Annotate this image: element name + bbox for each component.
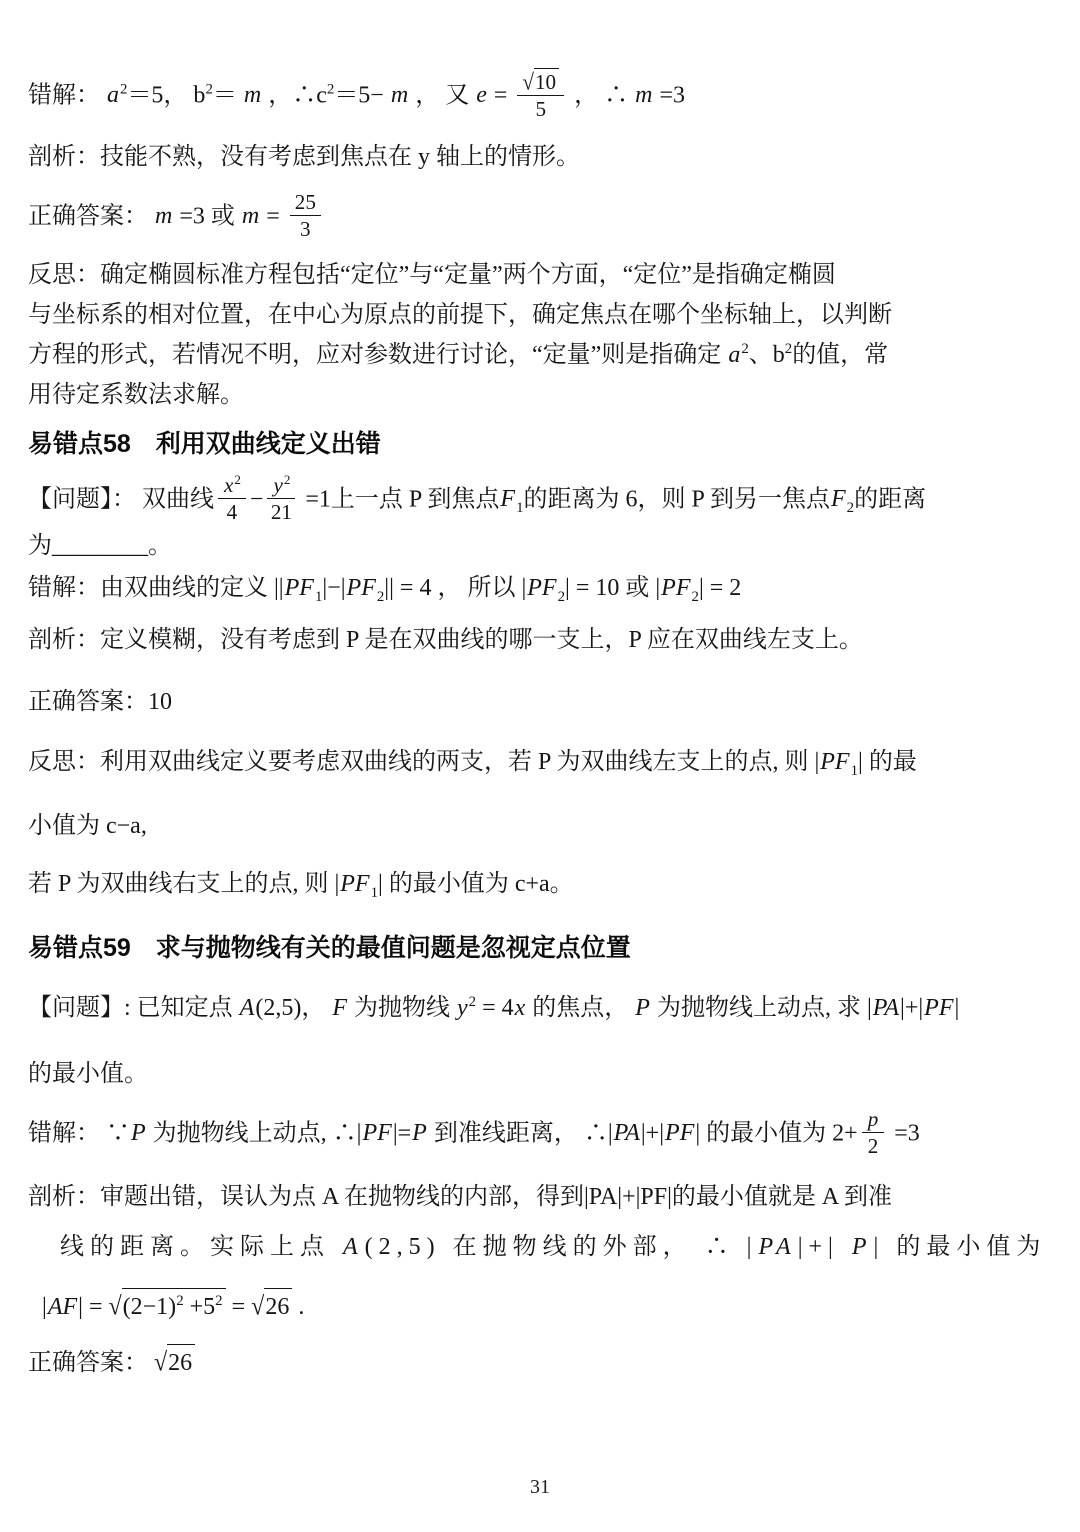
subscript: 2: [558, 588, 565, 604]
problem-58-line2: 为________。: [28, 529, 1050, 563]
fraction: 253: [290, 190, 321, 242]
reflection-58-line3: 若 P 为双曲线右支上的点, 则 |PF1| 的最小值为 c+a。: [28, 867, 1050, 901]
math-variable: A: [342, 1234, 365, 1260]
document-page: 错解： a2＝5， b2＝ m ，∴c2＝5− m ， 又 e = √105 ，…: [0, 0, 1080, 1532]
math-variable: PF: [923, 995, 954, 1021]
math-variable: PA: [872, 995, 900, 1021]
reflection-57-line2: 与坐标系的相对位置，在中心为原点的前提下，确定焦点在哪个坐标轴上，以判断: [28, 295, 1050, 335]
subscript: 1: [851, 762, 858, 778]
math-variable: P: [411, 1120, 428, 1146]
superscript: 2: [120, 81, 127, 97]
math-variable: F: [499, 486, 516, 512]
math-variable: e: [475, 82, 488, 108]
math-variable: PA: [613, 1120, 641, 1146]
math-variable: y: [456, 995, 469, 1021]
correct-answer-57: 正确答案： m =3 或 m = 253: [28, 192, 1050, 244]
superscript: 2: [215, 1293, 222, 1309]
problem-59-line2: 的最小值。: [28, 1057, 1050, 1091]
superscript: 2: [176, 1293, 183, 1309]
superscript: 2: [284, 472, 291, 487]
math-variable: AF: [47, 1294, 78, 1320]
math-variable: PA: [757, 1234, 797, 1260]
reflection-57: 反思：确定椭圆标准方程包括“定位”与“定量”两个方面，“定位”是指确定椭圆 与坐…: [28, 255, 1050, 415]
math-variable: PF: [339, 871, 370, 897]
fraction: √105: [517, 68, 564, 122]
math-variable: PF: [361, 1120, 392, 1146]
reflection-57-line4: 用待定系数法求解。: [28, 375, 1050, 415]
math-variable: a: [106, 82, 120, 108]
correct-answer-58: 正确答案：10: [28, 685, 1050, 719]
superscript: 2: [234, 472, 241, 487]
math-variable: m: [243, 82, 262, 108]
analysis-59-line2: 线的距离。实际上点 A(2,5) 在抛物线的外部， ∴ |PA|+| P| 的最…: [28, 1230, 1050, 1264]
math-variable: PF: [660, 575, 691, 601]
math-variable: PF: [819, 749, 850, 775]
math-variable: x: [514, 995, 527, 1021]
wrong-solution-57: 错解： a2＝5， b2＝ m ，∴c2＝5− m ， 又 e = √105 ，…: [28, 70, 1050, 124]
formula-af: |AF| = √(2−1)2 +52 = √26 .: [28, 1288, 1050, 1324]
problem-59-line1: 【问题】: 已知定点 A(2,5)， F 为抛物线 y2 = 4x 的焦点， P…: [28, 991, 1050, 1025]
reflection-57-line1: 反思：确定椭圆标准方程包括“定位”与“定量”两个方面，“定位”是指确定椭圆: [28, 255, 1050, 295]
math-variable: F: [830, 486, 847, 512]
analysis-58: 剖析：定义模糊，没有考虑到 P 是在双曲线的哪一支上，P 应在双曲线左支上。: [28, 623, 1050, 657]
problem-58-line1: 【问题】： 双曲线x24−y221 =1上一点 P 到焦点F1的距离为 6，则 …: [28, 475, 1050, 527]
subscript: 1: [315, 588, 322, 604]
superscript: 2: [205, 81, 212, 97]
math-variable: P: [851, 1234, 874, 1260]
analysis-59-line1: 剖析：审题出错，误认为点 A 在抛物线的内部，得到|PA|+|PF|的最小值就是…: [28, 1180, 1050, 1214]
math-variable: F: [331, 995, 348, 1021]
correct-answer-59: 正确答案： √26: [28, 1344, 1050, 1380]
math-variable: m: [390, 82, 409, 108]
math-variable: a: [727, 342, 741, 368]
radical: √10: [522, 68, 559, 94]
math-variable: PF: [346, 575, 377, 601]
page-number: 31: [0, 1476, 1080, 1499]
superscript: 2: [785, 341, 792, 357]
radical: √26: [154, 1344, 195, 1380]
subscript: 2: [692, 588, 699, 604]
superscript: 2: [741, 341, 748, 357]
subscript: 2: [847, 500, 854, 516]
fraction: p2: [862, 1107, 885, 1159]
math-variable: P: [130, 1120, 147, 1146]
superscript: 2: [327, 81, 334, 97]
heading-59: 易错点59 求与抛物线有关的最值问题是忽视定点位置: [28, 931, 1050, 965]
radical: √26: [251, 1288, 292, 1324]
radical: √(2−1)2 +52: [108, 1288, 225, 1324]
superscript: 2: [469, 994, 476, 1010]
analysis-57: 剖析：技能不熟，没有考虑到焦点在 y 轴上的情形。: [28, 140, 1050, 174]
fraction: x24: [218, 473, 246, 525]
math-variable: P: [634, 995, 651, 1021]
subscript: 2: [377, 588, 384, 604]
wrong-solution-59: 错解： ∵P 为抛物线上动点, ∴|PF|=P 到准线距离， ∴|PA|+|PF…: [28, 1109, 1050, 1161]
math-variable: PF: [284, 575, 315, 601]
subscript: 1: [371, 884, 378, 900]
reflection-58-line2: 小值为 c−a,: [28, 809, 1050, 843]
heading-58: 易错点58 利用双曲线定义出错: [28, 427, 1050, 461]
wrong-solution-58: 错解：由双曲线的定义 ||PF1|−|PF2|| = 4 ， 所以 |PF2| …: [28, 571, 1050, 605]
math-variable: p: [867, 1107, 880, 1131]
math-variable: m: [154, 203, 173, 229]
math-variable: m: [634, 82, 653, 108]
math-variable: y: [272, 473, 283, 497]
subscript: 1: [516, 500, 523, 516]
math-variable: x: [223, 473, 234, 497]
math-variable: PF: [664, 1120, 695, 1146]
math-variable: m: [241, 203, 260, 229]
math-variable: PF: [526, 575, 557, 601]
reflection-58-line1: 反思：利用双曲线定义要考虑双曲线的两支，若 P 为双曲线左支上的点, 则 |PF…: [28, 745, 1050, 779]
fraction: y221: [267, 473, 295, 525]
reflection-57-line3: 方程的形式，若情况不明，应对参数进行讨论，“定量”则是指确定 a2、b2的值，常: [28, 335, 1050, 375]
math-variable: A: [239, 995, 256, 1021]
